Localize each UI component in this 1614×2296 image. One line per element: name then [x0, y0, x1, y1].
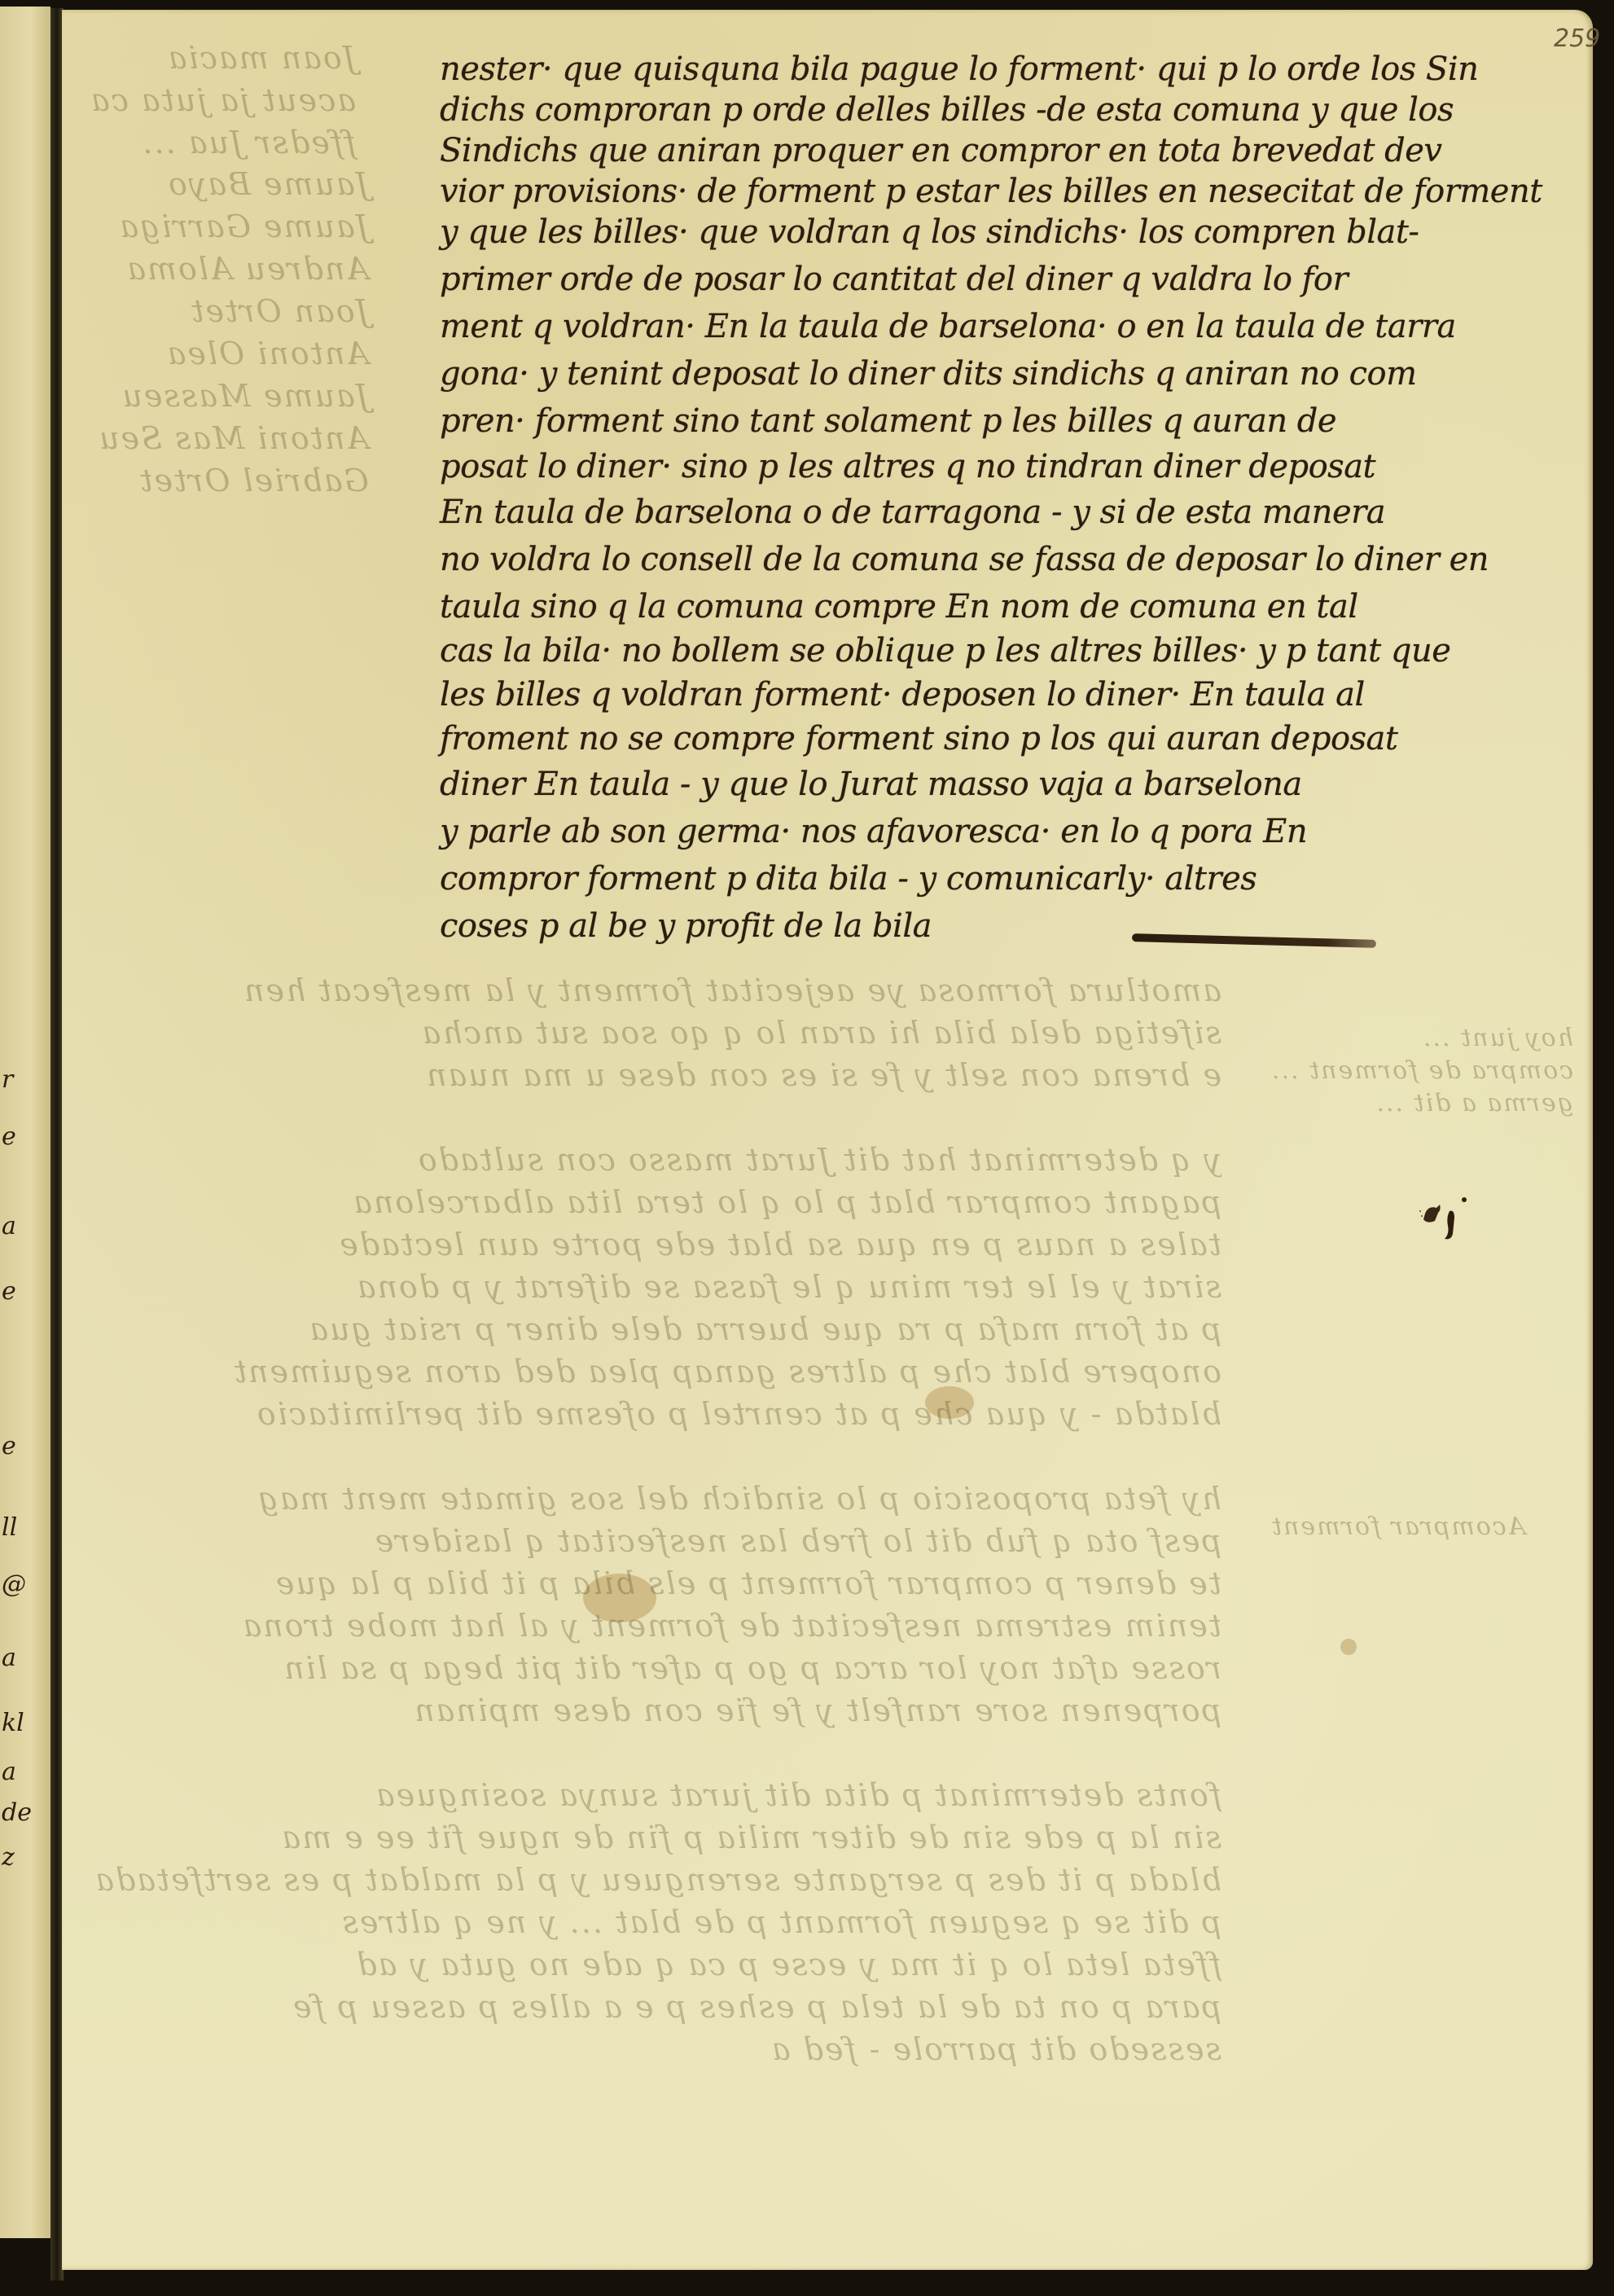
facing-page-fragment: e: [2, 1277, 16, 1306]
facing-page-fragment: a: [2, 1212, 16, 1240]
manuscript-line: taula sino q la comuna compre En nom de …: [440, 586, 1588, 627]
manuscript-line: no voldra lo consell de la comuna se fas…: [440, 539, 1588, 580]
facing-page-fragment: e: [2, 1432, 16, 1460]
manuscript-line: compror forment p dita bila - y comunica…: [440, 858, 1588, 899]
manuscript-line: cas la bila· no bollem se oblique p les …: [440, 630, 1588, 671]
manuscript-line: posat lo diner· sino p les altres q no t…: [440, 446, 1588, 487]
facing-page-strip: r e a e e ll @ a kl a de z: [0, 7, 50, 2238]
ink-blot-icon: [1417, 1193, 1474, 1250]
bleed-through-note-lower-right: Acomprar forment: [1270, 1511, 1525, 1543]
facing-page-fragment: ll: [2, 1513, 17, 1542]
facing-page-fragment: e: [2, 1122, 16, 1151]
bleed-through-name-list: Jaume Bayo Jaume Garriga Andreu Aloma Jo…: [98, 163, 369, 502]
manuscript-main-text: nester· que quisquna bila pague lo forme…: [440, 49, 1588, 946]
manuscript-line: y parle ab son germa· nos afavoresca· en…: [440, 811, 1588, 852]
facing-page-fragment: kl: [2, 1709, 24, 1737]
manuscript-line: froment no se compre forment sino p los …: [440, 718, 1588, 759]
manuscript-line: dichs comproran p orde delles billes -de…: [440, 90, 1588, 130]
manuscript-line: primer orde de posar lo cantitat del din…: [440, 259, 1588, 300]
stain: [1340, 1639, 1357, 1655]
manuscript-line: les billes q voldran forment· deposen lo…: [440, 674, 1588, 715]
facing-page-fragment: de: [2, 1798, 32, 1827]
manuscript-line: diner En taula - y que lo Jurat masso va…: [440, 764, 1588, 805]
bleed-through-body: amotlura formosa ye aejecitat forment y …: [98, 969, 1221, 2070]
manuscript-line: coses p al be y profit de la bila: [440, 906, 1588, 946]
facing-page-fragment: r: [2, 1065, 13, 1094]
bleed-through-note-right: hoy junt ... compra de forment ... germa…: [1270, 1022, 1573, 1120]
manuscript-line: y que les billes· que voldran q los sind…: [440, 212, 1588, 252]
manuscript-line: nester· que quisquna bila pague lo forme…: [440, 49, 1588, 90]
manuscript-line: vior provisions· de forment p estar les …: [440, 171, 1588, 212]
manuscript-line: pren· forment sino tant solament p les b…: [440, 401, 1588, 441]
facing-page-fragment: a: [2, 1644, 16, 1672]
facing-page-fragment: @: [2, 1570, 26, 1599]
facing-page-fragment: z: [2, 1843, 15, 1872]
facing-page-fragment: a: [2, 1758, 16, 1786]
manuscript-line: ment q voldran· En la taula de barselona…: [440, 306, 1588, 347]
manuscript-line: En taula de barselona o de tarragona - y…: [440, 492, 1588, 533]
bleed-through-note-top: Joan macia aceut ja juta ca ffedsr Jua .…: [90, 37, 356, 164]
manuscript-line: Sindichs que aniran proquer en compror e…: [440, 130, 1588, 171]
manuscript-line: gona· y tenint deposat lo diner dits sin…: [440, 353, 1588, 394]
